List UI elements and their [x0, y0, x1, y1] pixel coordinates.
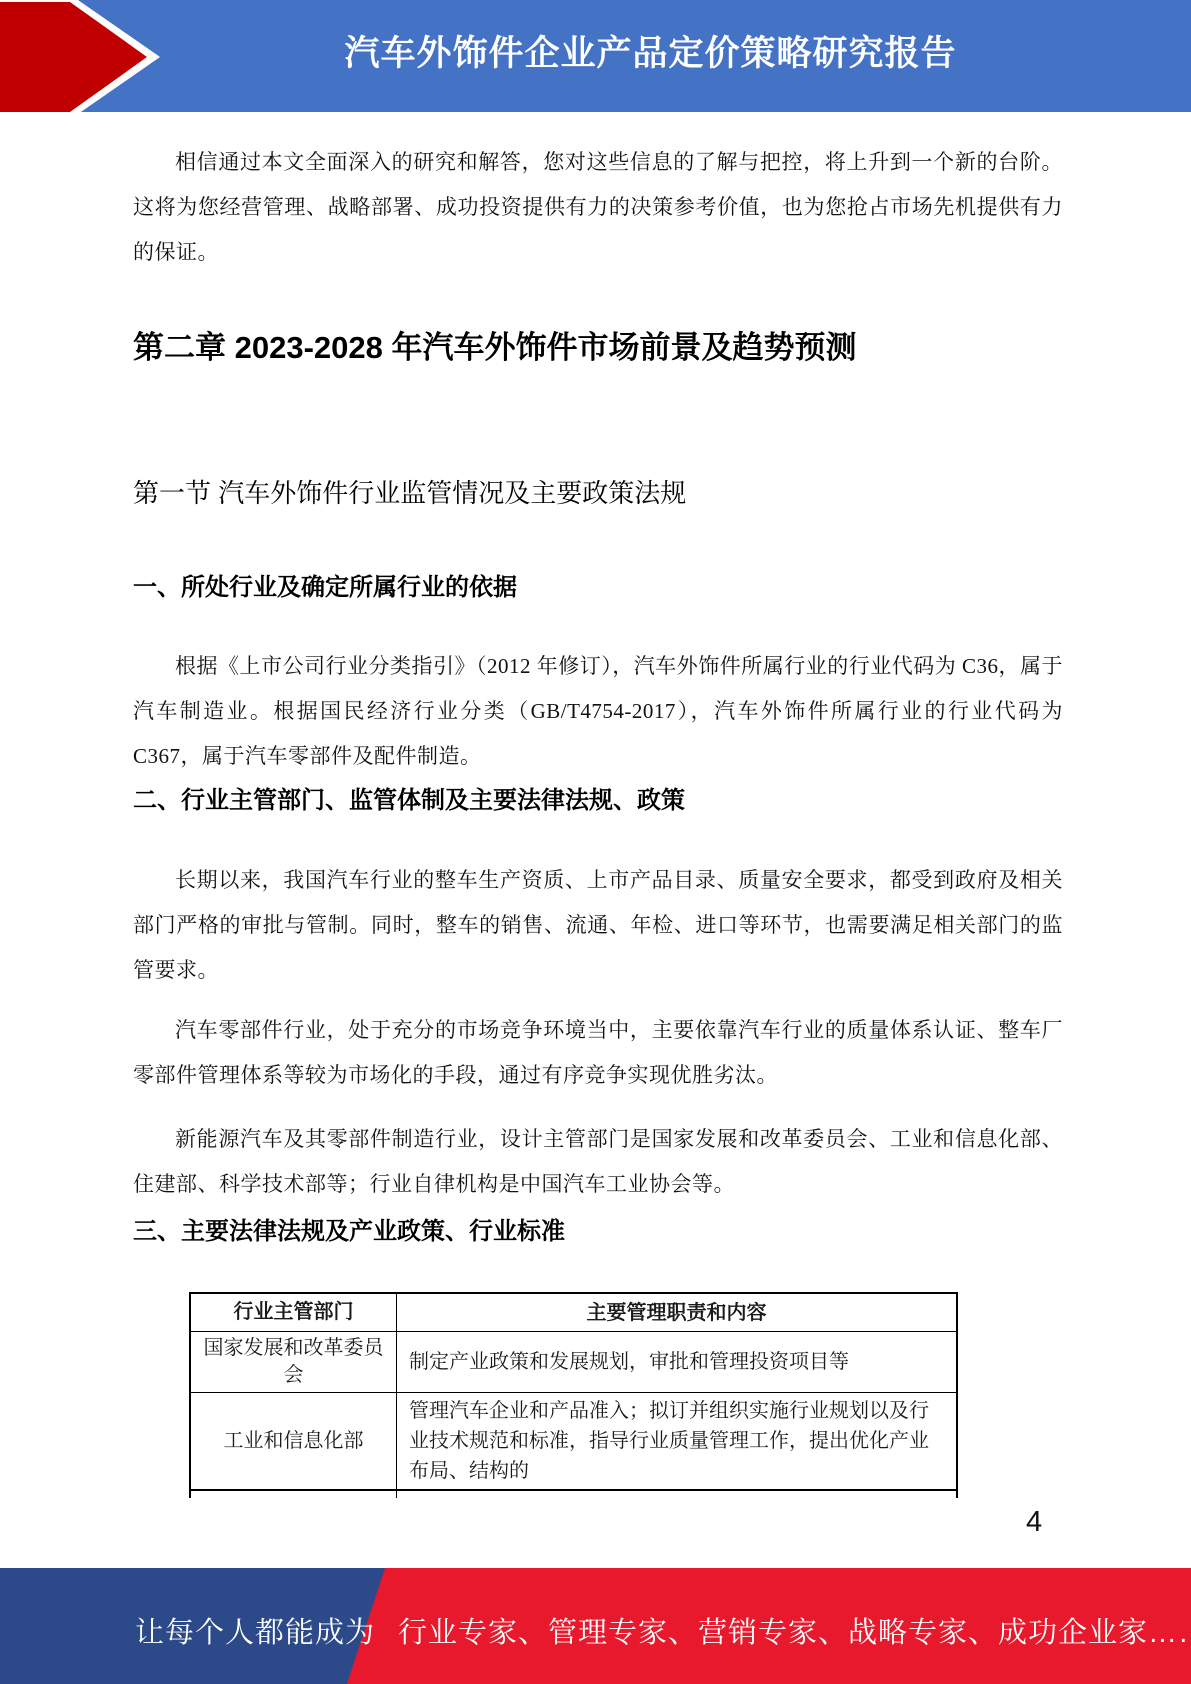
- document-page: 汽车外饰件企业产品定价策略研究报告 相信通过本文全面深入的研究和解答，您对这些信…: [0, 0, 1191, 1684]
- footer-slogan-left: 让每个人都能成为: [135, 1610, 375, 1651]
- red-chevron-icon: [0, 0, 165, 116]
- table-cell-department: 国家发展和改革委员会: [191, 1332, 397, 1392]
- paragraph-nev-authorities: 新能源汽车及其零部件制造行业，设计主管部门是国家发展和改革委员会、工业和信息化部…: [133, 1117, 1063, 1207]
- table-row: 工业和信息化部 管理汽车企业和产品准入；拟订并组织实施行业规划以及行业技术规范和…: [191, 1393, 956, 1491]
- footer-slogan-right: 行业专家、管理专家、营销专家、战略专家、成功企业家……: [398, 1610, 1191, 1651]
- paragraph-regulation: 长期以来，我国汽车行业的整车生产资质、上市产品目录、质量安全要求，都受到政府及相…: [133, 858, 1063, 993]
- table-cell-duties: 管理汽车企业和产品准入；拟订并组织实施行业规划以及行业技术规范和标准，指导行业质…: [397, 1393, 956, 1489]
- table-cell-duties: 制定产业政策和发展规划，审批和管理投资项目等: [397, 1332, 956, 1392]
- table-header-department: 行业主管部门: [191, 1294, 397, 1331]
- chapter-heading: 第二章 2023-2028 年汽车外饰件市场前景及趋势预测: [133, 327, 1063, 369]
- table-header-row: 行业主管部门 主要管理职责和内容: [191, 1294, 956, 1332]
- section-heading: 第一节 汽车外饰件行业监管情况及主要政策法规: [133, 475, 1063, 511]
- paragraph-industry-classification: 根据《上市公司行业分类指引》（2012 年修订），汽车外饰件所属行业的行业代码为…: [133, 644, 1063, 779]
- paragraph-intro: 相信通过本文全面深入的研究和解答，您对这些信息的了解与把控，将上升到一个新的台阶…: [133, 140, 1063, 275]
- paragraph-parts-market: 汽车零部件行业，处于充分的市场竞争环境当中，主要依靠汽车行业的质量体系认证、整车…: [133, 1008, 1063, 1098]
- document-body: 相信通过本文全面深入的研究和解答，您对这些信息的了解与把控，将上升到一个新的台阶…: [133, 112, 1063, 1498]
- report-title: 汽车外饰件企业产品定价策略研究报告: [170, 26, 1131, 76]
- regulators-table: 行业主管部门 主要管理职责和内容 国家发展和改革委员会 制定产业政策和发展规划，…: [189, 1292, 958, 1498]
- subsection-heading-2: 二、行业主管部门、监管体制及主要法律法规、政策: [133, 784, 1063, 817]
- header-banner: 汽车外饰件企业产品定价策略研究报告: [0, 0, 1191, 112]
- table-row: 国家发展和改革委员会 制定产业政策和发展规划，审批和管理投资项目等: [191, 1332, 956, 1393]
- footer-banner: 让每个人都能成为 行业专家、管理专家、营销专家、战略专家、成功企业家……: [0, 1568, 1191, 1684]
- subsection-heading-1: 一、所处行业及确定所属行业的依据: [133, 571, 1063, 604]
- table-header-duties: 主要管理职责和内容: [397, 1294, 956, 1331]
- table-row-cutoff: [191, 1491, 956, 1498]
- page-number: 4: [1026, 1506, 1042, 1539]
- table-cell-department: 工业和信息化部: [191, 1393, 397, 1489]
- subsection-heading-3: 三、主要法律法规及产业政策、行业标准: [133, 1215, 1063, 1248]
